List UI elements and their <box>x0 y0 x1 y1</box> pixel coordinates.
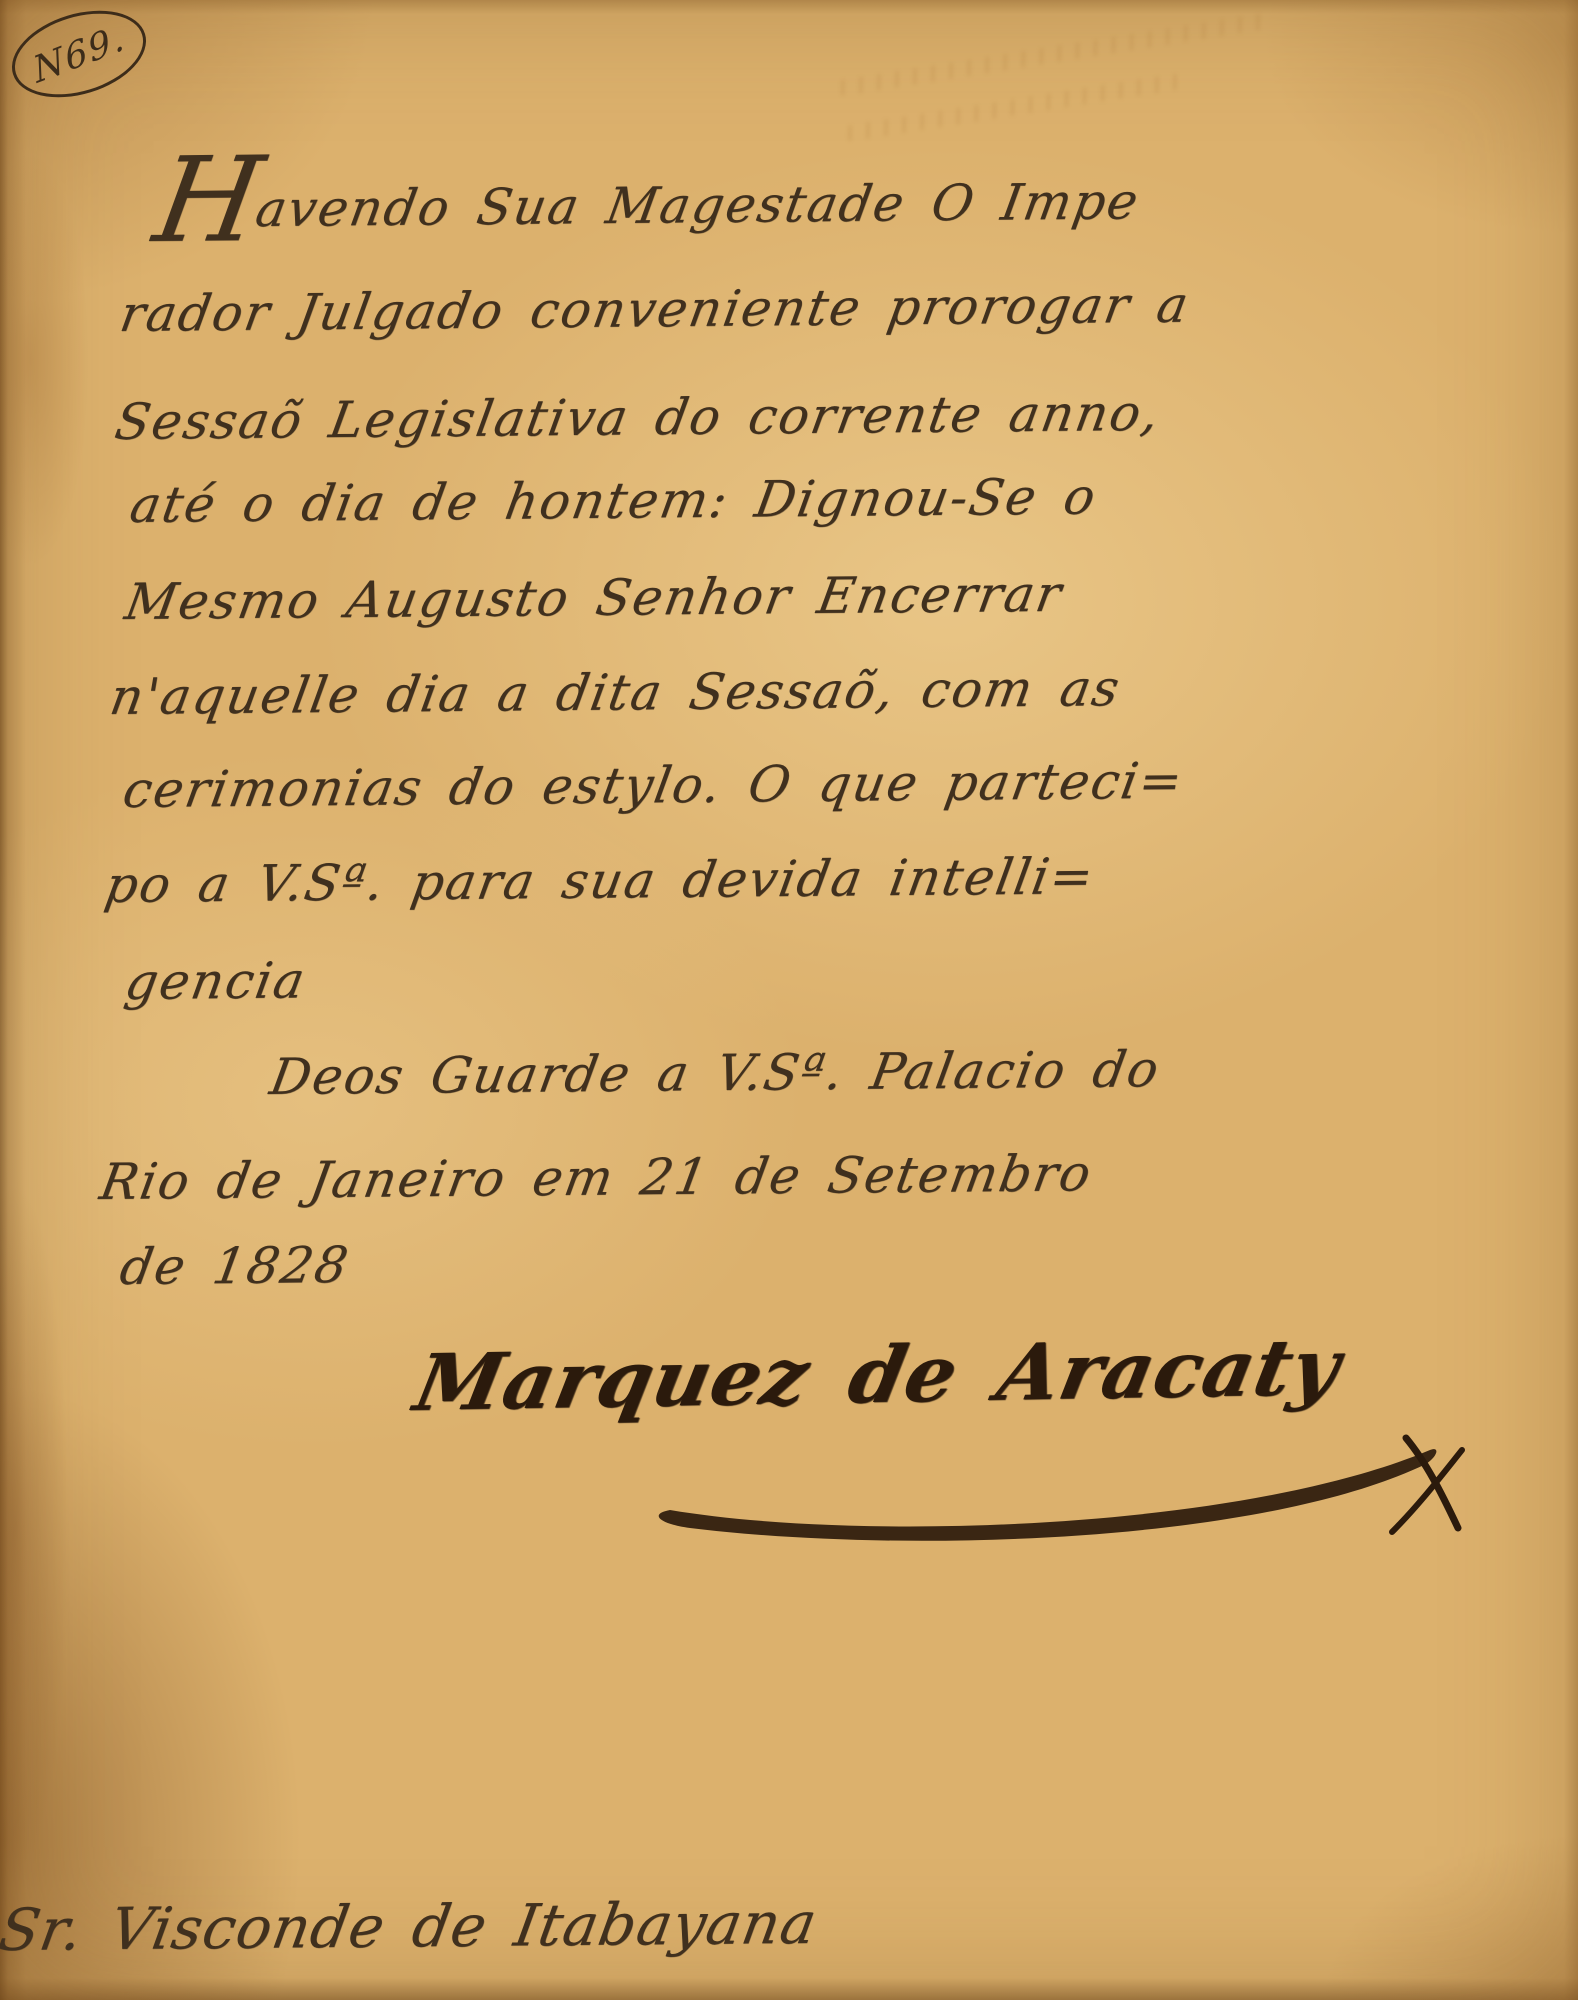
signature-flourish <box>600 1432 1500 1552</box>
letter-line: n'aquelle dia a dita Sessaõ, com as <box>105 653 1126 732</box>
letter-line: Havendo Sua Magestade O Impe <box>150 166 1145 245</box>
letter-line: rador Julgado conveniente prorogar a <box>115 270 1195 349</box>
addressee-line: Sr. Visconde de Itabayana <box>0 1888 822 1965</box>
signature: Marquez de Aracaty <box>407 1322 1347 1429</box>
letter-line: Mesmo Augusto Senhor Encerrar <box>120 559 1068 637</box>
letter-line: gencia <box>120 945 312 1017</box>
paper-stain <box>0 150 90 570</box>
letter-line: Sessaõ Legislativa do corrente anno, <box>110 378 1166 457</box>
letter-line: até o dia de hontem: Dignou-Se o <box>125 462 1102 540</box>
ink-show-through <box>833 0 1288 192</box>
paper-stain <box>0 1180 70 1880</box>
closing-line: Deos Guarde a V.Sª. Palacio do <box>265 1034 1166 1112</box>
closing-line: de 1828 <box>115 1230 355 1302</box>
manuscript-page: N69. Havendo Sua Magestade O Impe rador … <box>0 0 1578 2000</box>
letter-line: cerimonias do estylo. O que parteci= <box>118 746 1189 825</box>
closing-line: Rio de Janeiro em 21 de Setembro <box>95 1138 1098 1217</box>
letter-line: po a V.Sª. para sua devida intelli= <box>100 841 1100 920</box>
reference-number: N69. <box>29 16 129 91</box>
reference-number-badge: N69. <box>1 0 156 112</box>
